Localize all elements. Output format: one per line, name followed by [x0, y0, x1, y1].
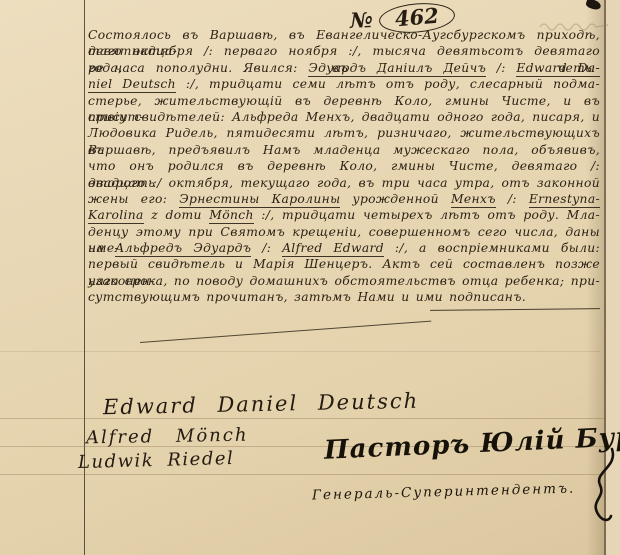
manuscript-line: ствіи свидѣтелей: Альфреда Менхъ, двадца… — [88, 109, 600, 125]
manuscript-line: первый свидѣтель и Марія Шенцеръ. Актъ с… — [88, 256, 600, 272]
manuscript-line: наго срока, по поводу домашнихъ обстояте… — [88, 273, 600, 289]
manuscript-line: сутствующимъ прочитанъ, затѣмъ Нами и им… — [88, 289, 600, 305]
flourish-line — [140, 321, 431, 344]
manuscript-line: niel Deutsch :/, тридцати семи лѣтъ отъ … — [88, 76, 600, 92]
manuscript-line: жены его: Эрнестины Каролины урожденной … — [88, 191, 600, 207]
manuscript-line: на Альфредъ Эдуардъ /: Alfred Edward :/,… — [88, 240, 600, 256]
signature-pastor: Пасторъ Юлій Бурше — [324, 420, 620, 466]
bleed-through-script-icon — [538, 18, 610, 32]
signature-moench: Alfred Mönch — [86, 425, 249, 449]
manuscript-line: Людовика Ридель, пятидесяти лѣтъ, ризнич… — [88, 125, 600, 141]
manuscript-text: Состоялось въ Варшавѣ, въ Евангелическо-… — [88, 27, 600, 306]
manuscript-line: таго октября /: перваго ноября :/, тысяч… — [88, 43, 600, 59]
manuscript-line: денцу этому при Святомъ крещеніи, соверш… — [88, 224, 600, 240]
manuscript-line: Варшавѣ, предъявилъ Намъ младенца мужеск… — [88, 142, 600, 158]
manuscript-line: что онъ родился въ деревнѣ Коло, гмины Ч… — [88, 158, 600, 174]
manuscript-line: стерье, жительствующій въ деревнѣ Коло, … — [88, 93, 600, 109]
signature-riedel: Ludwik Riedel — [78, 448, 235, 473]
manuscript-line: Karolina z domu Mönch :/, тридцати четыр… — [88, 207, 600, 223]
signature-flourish — [585, 447, 619, 525]
manuscript-line: второго :/ октября, текущаго года, въ тр… — [88, 175, 600, 191]
manuscript-line: Состоялось въ Варшавѣ, въ Евангелическо-… — [88, 27, 600, 43]
faint-ruled-line — [0, 474, 605, 475]
closing-rule — [430, 308, 600, 311]
manuscript-line: ре часа пополудни. Явился: Эдуардъ Даніи… — [88, 60, 600, 76]
faint-ruled-line — [0, 351, 600, 352]
official-title: Генераль-Суперинтендентъ. — [312, 481, 576, 504]
faint-ruled-line — [0, 418, 605, 419]
signature-deutsch: Edward Daniel Deutsch — [103, 389, 420, 420]
document-page: № 462 Состоялось въ Варшавѣ, въ Евангели… — [0, 0, 620, 555]
